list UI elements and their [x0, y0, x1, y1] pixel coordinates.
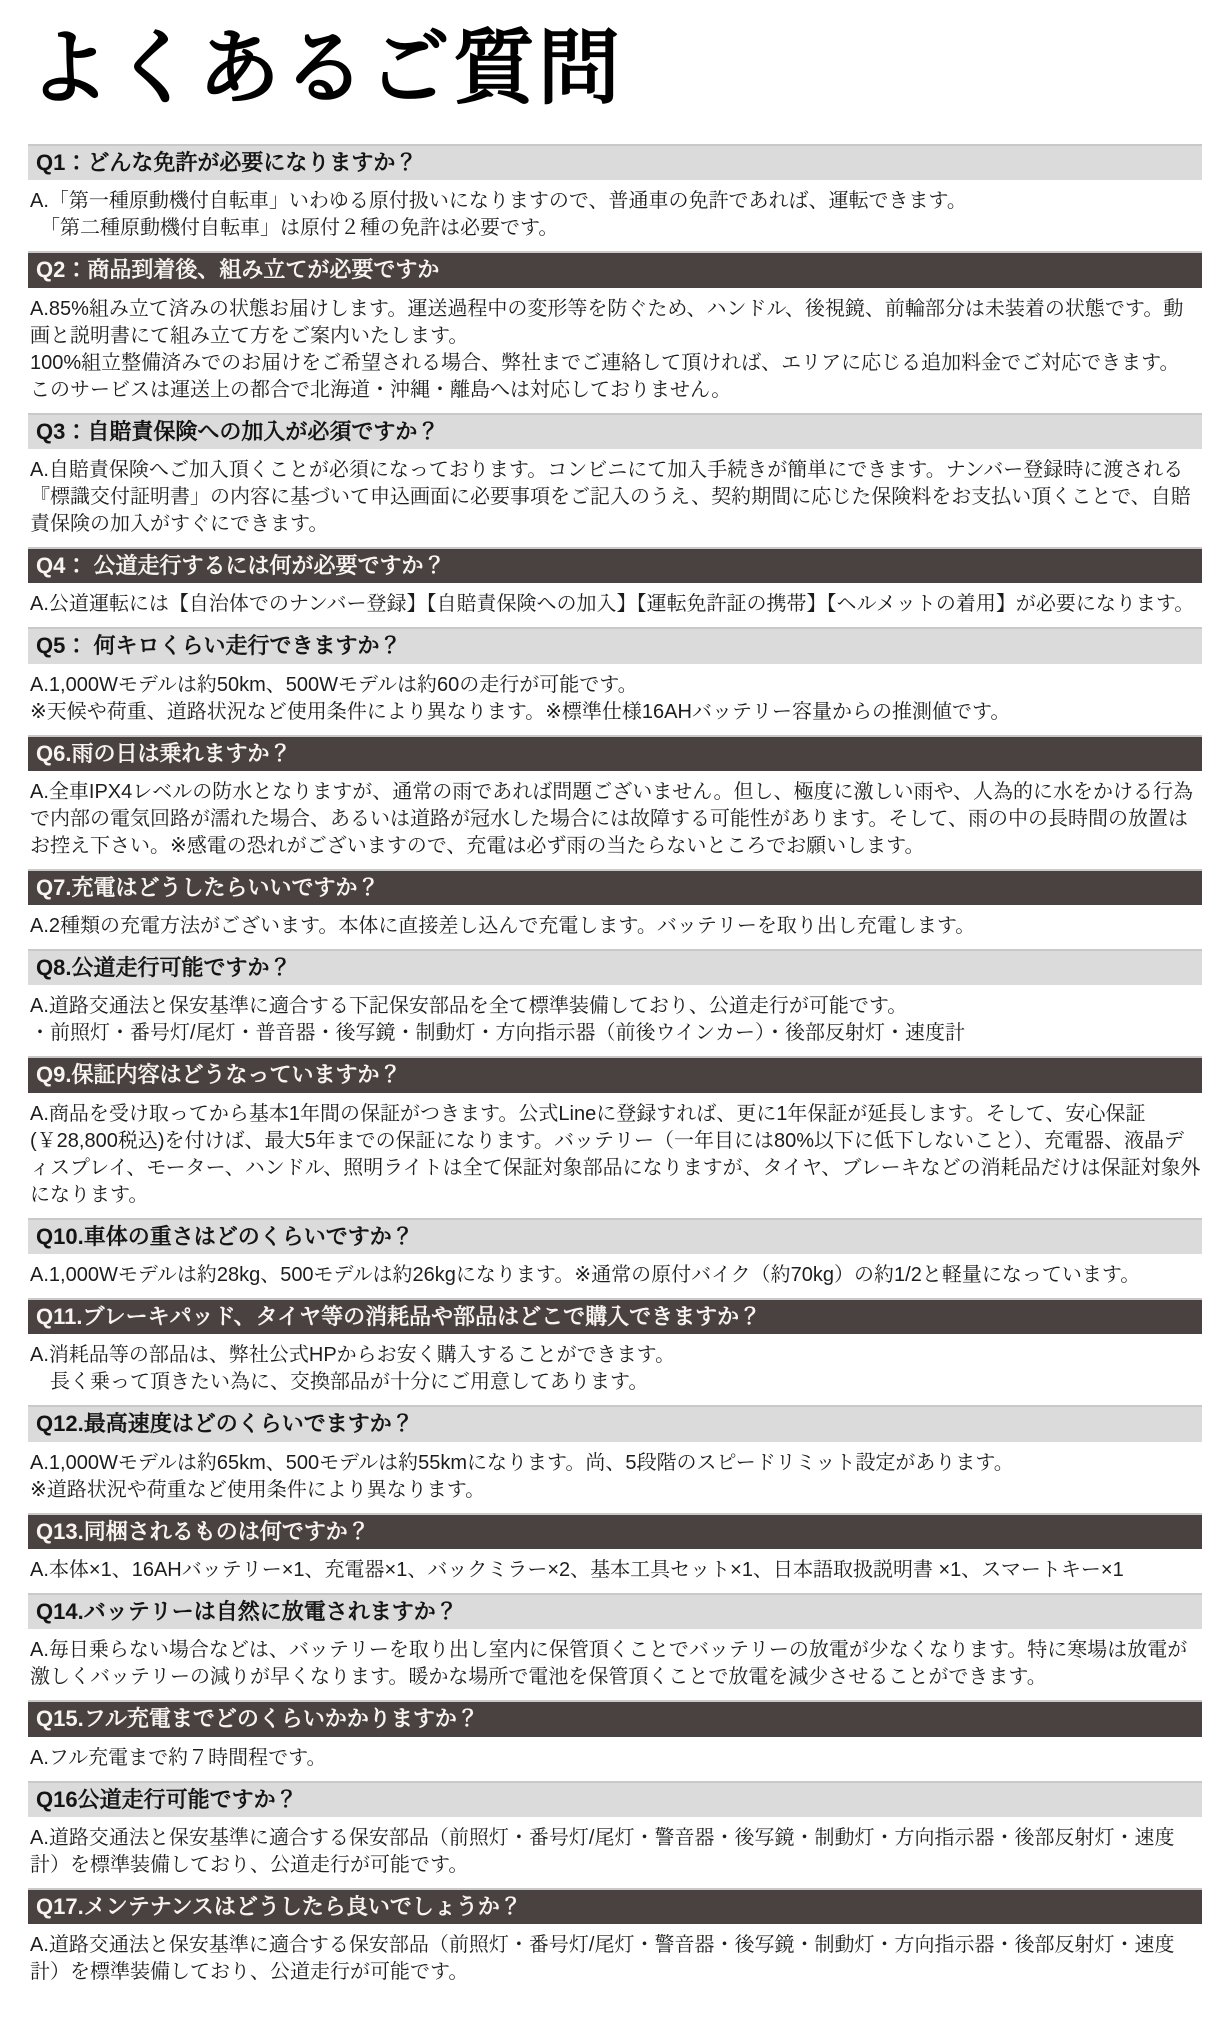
answer: A.道路交通法と保安基準に適合する下記保安部品を全て標準装備しており、公道走行が…	[30, 993, 1202, 1047]
faq-page: よくあるご質問 Q1：どんな免許が必要になりますか？ A.「第一種原動機付自転車…	[0, 0, 1230, 2041]
question-label: Q17.メンテナンスはどうしたら良いでしょうか？	[36, 1894, 522, 1919]
question-label: Q8.公道走行可能ですか？	[36, 955, 291, 980]
answer-line: A.1,000Wモデルは約50km、500Wモデルは約60の走行が可能です。	[30, 672, 1202, 699]
question-label: Q10.車体の重さはどのくらいですか？	[36, 1224, 414, 1249]
question-header: Q16公道走行可能ですか？	[28, 1781, 1202, 1817]
answer: A.1,000Wモデルは約65km、500モデルは約55kmになります。尚、5段…	[30, 1450, 1202, 1504]
question-header: Q4： 公道走行するには何が必要ですか？	[28, 547, 1202, 583]
faq-section: Q1：どんな免許が必要になりますか？ A.「第一種原動機付自転車」いわゆる原付扱…	[28, 144, 1202, 242]
answer-line: A.道路交通法と保安基準に適合する保安部品（前照灯・番号灯/尾灯・警音器・後写鏡…	[30, 1932, 1202, 1986]
question-label: Q3：自賠責保険への加入が必須ですか？	[36, 419, 439, 444]
answer-line: A.毎日乗らない場合などは、バッテリーを取り出し室内に保管頂くことでバッテリーの…	[30, 1637, 1202, 1691]
faq-section: Q12.最高速度はどのくらいでますか？ A.1,000Wモデルは約65km、50…	[28, 1405, 1202, 1503]
faq-section: Q8.公道走行可能ですか？ A.道路交通法と保安基準に適合する下記保安部品を全て…	[28, 949, 1202, 1047]
question-header: Q5： 何キロくらい走行できますか？	[28, 627, 1202, 663]
answer-line: A.85%組み立て済みの状態お届けします。運送過程中の変形等を防ぐため、ハンドル…	[30, 296, 1202, 350]
answer: A.道路交通法と保安基準に適合する保安部品（前照灯・番号灯/尾灯・警音器・後写鏡…	[30, 1825, 1202, 1879]
faq-section: Q2：商品到着後、組み立てが必要ですか A.85%組み立て済みの状態お届けします…	[28, 251, 1202, 403]
answer: A.「第一種原動機付自転車」いわゆる原付扱いになりますので、普通車の免許であれば…	[30, 188, 1202, 242]
faq-section: Q9.保証内容はどうなっていますか？ A.商品を受け取ってから基本1年間の保証が…	[28, 1056, 1202, 1208]
question-header: Q10.車体の重さはどのくらいですか？	[28, 1218, 1202, 1254]
answer: A.商品を受け取ってから基本1年間の保証がつきます。公式Lineに登録すれば、更…	[30, 1101, 1202, 1209]
faq-section: Q4： 公道走行するには何が必要ですか？ A.公道運転には【自治体でのナンバー登…	[28, 547, 1202, 618]
answer-line: A.本体×1、16AHバッテリー×1、充電器×1、バックミラー×2、基本工具セッ…	[30, 1557, 1202, 1584]
answer-line: このサービスは運送上の都合で北海道・沖縄・離島へは対応しておりません。	[30, 377, 1202, 404]
question-label: Q9.保証内容はどうなっていますか？	[36, 1062, 401, 1087]
question-header: Q13.同梱されるものは何ですか？	[28, 1513, 1202, 1549]
answer-line: A.2種類の充電方法がございます。本体に直接差し込んで充電します。バッテリーを取…	[30, 913, 1202, 940]
answer-line: A.フル充電まで約７時間程です。	[30, 1745, 1202, 1772]
question-header: Q7.充電はどうしたらいいですか？	[28, 869, 1202, 905]
answer: A.2種類の充電方法がございます。本体に直接差し込んで充電します。バッテリーを取…	[30, 913, 1202, 940]
answer-line: 100%組立整備済みでのお届けをご希望される場合、弊社までご連絡して頂ければ、エ…	[30, 350, 1202, 377]
question-header: Q12.最高速度はどのくらいでますか？	[28, 1405, 1202, 1441]
faq-section: Q16公道走行可能ですか？ A.道路交通法と保安基準に適合する保安部品（前照灯・…	[28, 1781, 1202, 1879]
question-label: Q1：どんな免許が必要になりますか？	[36, 150, 417, 175]
faq-section: Q14.バッテリーは自然に放電されますか？ A.毎日乗らない場合などは、バッテリ…	[28, 1593, 1202, 1691]
answer: A.公道運転には【自治体でのナンバー登録】【自賠責保険への加入】【運転免許証の携…	[30, 591, 1202, 618]
answer-line: 長く乗って頂きたい為に、交換部品が十分にご用意してあります。	[30, 1369, 1202, 1396]
question-label: Q6.雨の日は乗れますか？	[36, 741, 291, 766]
answer-line: A.自賠責保険へご加入頂くことが必須になっております。コンビニにて加入手続きが簡…	[30, 457, 1202, 538]
answer-line: ※天候や荷重、道路状況など使用条件により異なります。※標準仕様16AHバッテリー…	[30, 699, 1202, 726]
question-header: Q6.雨の日は乗れますか？	[28, 735, 1202, 771]
question-header: Q3：自賠責保険への加入が必須ですか？	[28, 413, 1202, 449]
question-label: Q11.ブレーキパッド、タイヤ等の消耗品や部品はどこで購入できますか？	[36, 1304, 761, 1329]
question-header: Q2：商品到着後、組み立てが必要ですか	[28, 251, 1202, 287]
question-label: Q7.充電はどうしたらいいですか？	[36, 875, 379, 900]
answer-line: A.消耗品等の部品は、弊社公式HPからお安く購入することができます。	[30, 1342, 1202, 1369]
question-label: Q12.最高速度はどのくらいでますか？	[36, 1411, 414, 1436]
answer: A.毎日乗らない場合などは、バッテリーを取り出し室内に保管頂くことでバッテリーの…	[30, 1637, 1202, 1691]
faq-document: { "page": { "title": "よくあるご質問" }, "color…	[0, 0, 1230, 2041]
question-label: Q14.バッテリーは自然に放電されますか？	[36, 1599, 458, 1624]
answer-line: A.道路交通法と保安基準に適合する下記保安部品を全て標準装備しており、公道走行が…	[30, 993, 1202, 1020]
faq-list: Q1：どんな免許が必要になりますか？ A.「第一種原動機付自転車」いわゆる原付扱…	[28, 144, 1202, 1986]
question-label: Q2：商品到着後、組み立てが必要ですか	[36, 257, 439, 282]
answer-line: ※道路状況や荷重など使用条件により異なります。	[30, 1477, 1202, 1504]
answer: A.自賠責保険へご加入頂くことが必須になっております。コンビニにて加入手続きが簡…	[30, 457, 1202, 538]
question-label: Q16公道走行可能ですか？	[36, 1787, 298, 1812]
question-label: Q13.同梱されるものは何ですか？	[36, 1519, 370, 1544]
answer: A.全車IPX4レベルの防水となりますが、通常の雨であれば問題ございません。但し…	[30, 779, 1202, 860]
answer: A.フル充電まで約７時間程です。	[30, 1745, 1202, 1772]
faq-section: Q10.車体の重さはどのくらいですか？ A.1,000Wモデルは約28kg、50…	[28, 1218, 1202, 1289]
question-header: Q9.保証内容はどうなっていますか？	[28, 1056, 1202, 1092]
question-header: Q11.ブレーキパッド、タイヤ等の消耗品や部品はどこで購入できますか？	[28, 1298, 1202, 1334]
question-header: Q17.メンテナンスはどうしたら良いでしょうか？	[28, 1888, 1202, 1924]
faq-section: Q13.同梱されるものは何ですか？ A.本体×1、16AHバッテリー×1、充電器…	[28, 1513, 1202, 1584]
question-header: Q1：どんな免許が必要になりますか？	[28, 144, 1202, 180]
answer-line: A.1,000Wモデルは約65km、500モデルは約55kmになります。尚、5段…	[30, 1450, 1202, 1477]
answer: A.85%組み立て済みの状態お届けします。運送過程中の変形等を防ぐため、ハンドル…	[30, 296, 1202, 404]
answer-line: A.全車IPX4レベルの防水となりますが、通常の雨であれば問題ございません。但し…	[30, 779, 1202, 860]
answer: A.道路交通法と保安基準に適合する保安部品（前照灯・番号灯/尾灯・警音器・後写鏡…	[30, 1932, 1202, 1986]
answer: A.1,000Wモデルは約28kg、500モデルは約26kgになります。※通常の…	[30, 1262, 1202, 1289]
question-label: Q15.フル充電までどのくらいかかりますか？	[36, 1706, 479, 1731]
answer-line: A.1,000Wモデルは約28kg、500モデルは約26kgになります。※通常の…	[30, 1262, 1202, 1289]
answer-line: ・前照灯・番号灯/尾灯・普音器・後写鏡・制動灯・方向指示器（前後ウインカー）・後…	[30, 1020, 1202, 1047]
question-header: Q15.フル充電までどのくらいかかりますか？	[28, 1700, 1202, 1736]
answer: A.1,000Wモデルは約50km、500Wモデルは約60の走行が可能です。※天…	[30, 672, 1202, 726]
question-label: Q5： 何キロくらい走行できますか？	[36, 633, 401, 658]
page-title: よくあるご質問	[28, 26, 1202, 112]
answer: A.消耗品等の部品は、弊社公式HPからお安く購入することができます。 長く乗って…	[30, 1342, 1202, 1396]
faq-section: Q11.ブレーキパッド、タイヤ等の消耗品や部品はどこで購入できますか？ A.消耗…	[28, 1298, 1202, 1396]
faq-section: Q7.充電はどうしたらいいですか？ A.2種類の充電方法がございます。本体に直接…	[28, 869, 1202, 940]
faq-section: Q5： 何キロくらい走行できますか？ A.1,000Wモデルは約50km、500…	[28, 627, 1202, 725]
answer-line: 「第二種原動機付自転車」は原付２種の免許は必要です。	[30, 215, 1202, 242]
faq-section: Q15.フル充電までどのくらいかかりますか？ A.フル充電まで約７時間程です。	[28, 1700, 1202, 1771]
answer-line: A.公道運転には【自治体でのナンバー登録】【自賠責保険への加入】【運転免許証の携…	[30, 591, 1202, 618]
answer-line: A.道路交通法と保安基準に適合する保安部品（前照灯・番号灯/尾灯・警音器・後写鏡…	[30, 1825, 1202, 1879]
faq-section: Q17.メンテナンスはどうしたら良いでしょうか？ A.道路交通法と保安基準に適合…	[28, 1888, 1202, 1986]
answer-line: A.「第一種原動機付自転車」いわゆる原付扱いになりますので、普通車の免許であれば…	[30, 188, 1202, 215]
faq-section: Q6.雨の日は乗れますか？ A.全車IPX4レベルの防水となりますが、通常の雨で…	[28, 735, 1202, 860]
faq-section: Q3：自賠責保険への加入が必須ですか？ A.自賠責保険へご加入頂くことが必須にな…	[28, 413, 1202, 538]
question-header: Q8.公道走行可能ですか？	[28, 949, 1202, 985]
answer-line: A.商品を受け取ってから基本1年間の保証がつきます。公式Lineに登録すれば、更…	[30, 1101, 1202, 1209]
answer: A.本体×1、16AHバッテリー×1、充電器×1、バックミラー×2、基本工具セッ…	[30, 1557, 1202, 1584]
question-label: Q4： 公道走行するには何が必要ですか？	[36, 553, 445, 578]
question-header: Q14.バッテリーは自然に放電されますか？	[28, 1593, 1202, 1629]
